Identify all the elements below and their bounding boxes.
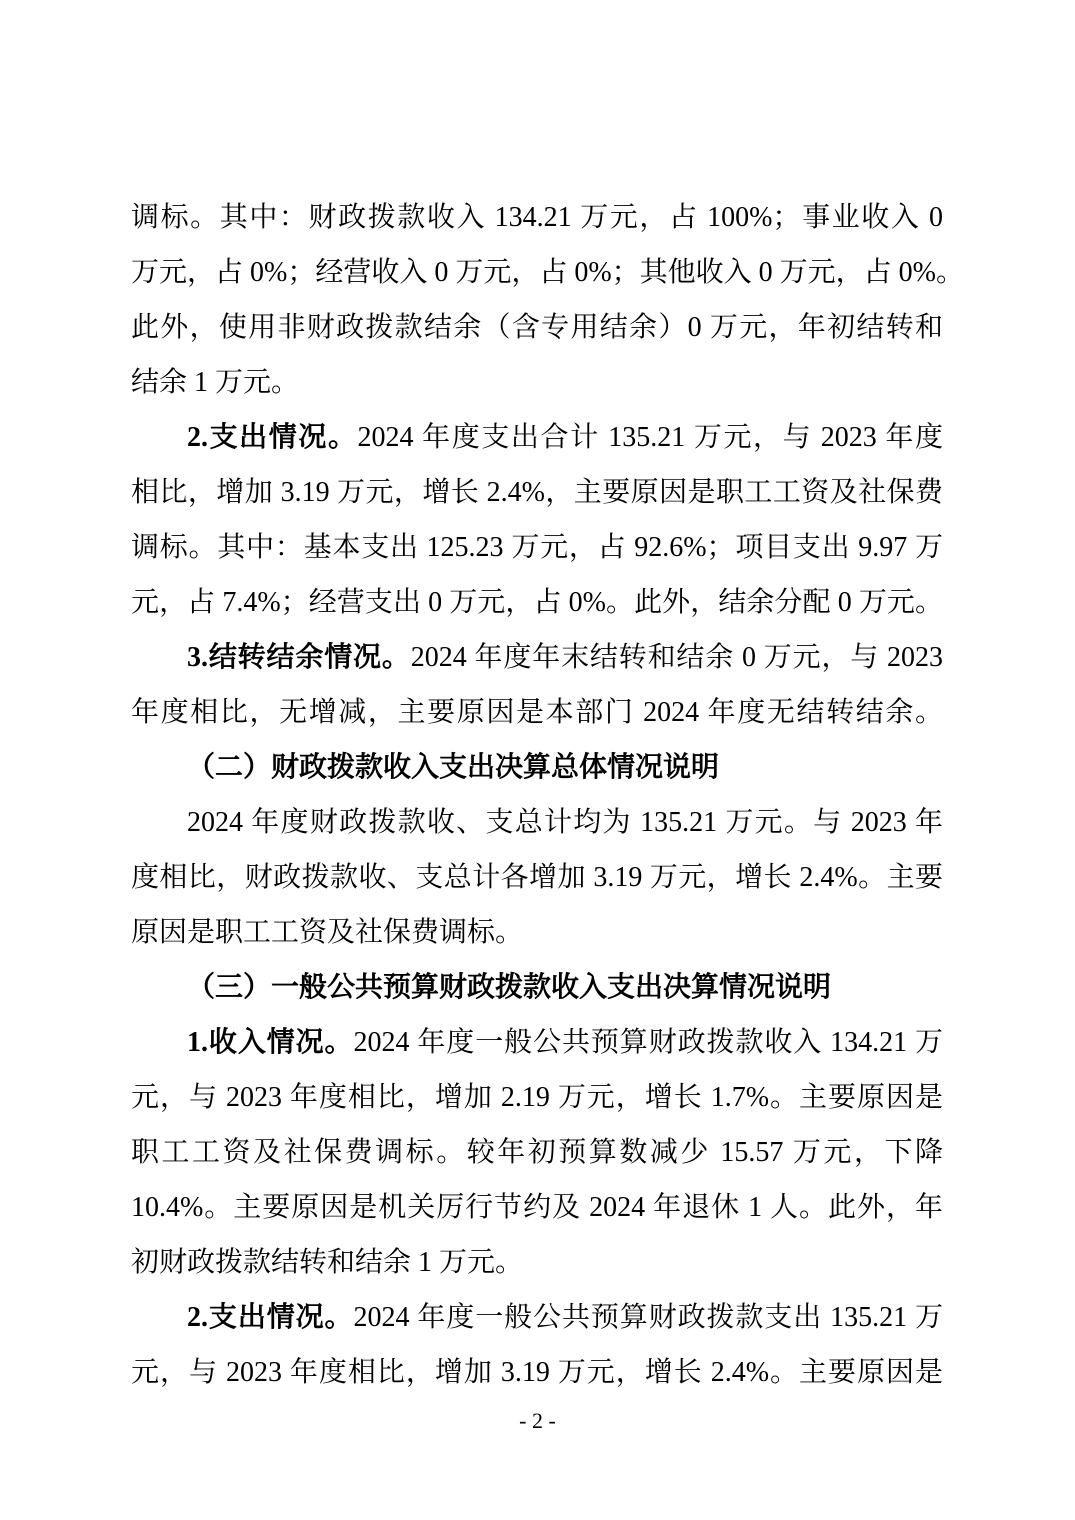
heading-text: （三）一般公共预算财政拨款收入支出决算情况说明 [187,972,831,1003]
line-text: 年度相比，无增减，主要原因是本部门 2024 年度无结转结余。 [131,697,943,728]
paragraph-line: 职工工资及社保费调标。较年初预算数减少 15.57 万元，下降 [131,1125,943,1180]
line-text: 调标。其中：基本支出 125.23 万元，占 92.6%；项目支出 9.97 万 [131,532,943,563]
heading-text: （二）财政拨款收入支出决算总体情况说明 [187,752,719,783]
paragraph-line: 原因是职工工资及社保费调标。 [131,905,943,960]
line-text: 10.4%。主要原因是机关厉行节约及 2024 年退休 1 人。此外，年 [131,1192,943,1223]
paragraph-line: 此外，使用非财政拨款结余（含专用结余）0 万元，年初结转和 [131,300,943,355]
paragraph-line: 度相比，财政拨款收、支总计各增加 3.19 万元，增长 2.4%。主要 [131,850,943,905]
line-text: 2024 年度一般公共预算财政拨款支出 135.21 万 [353,1302,943,1333]
section-heading-line: （二）财政拨款收入支出决算总体情况说明 [131,740,943,795]
paragraph-line: 元，与 2023 年度相比，增加 3.19 万元，增长 2.4%。主要原因是 [131,1345,943,1400]
line-text: 2024 年度年末结转和结余 0 万元，与 2023 [411,642,943,673]
document-page: 调标。其中：财政拨款收入 134.21 万元，占 100%；事业收入 0 万元，… [0,0,1075,1520]
paragraph-line: 2.支出情况。2024 年度支出合计 135.21 万元，与 2023 年度 [131,410,943,465]
paragraph-line: 万元，占 0%；经营收入 0 万元，占 0%；其他收入 0 万元，占 0%。 [131,245,943,300]
section-heading-line: （三）一般公共预算财政拨款收入支出决算情况说明 [131,960,943,1015]
line-text: 此外，使用非财政拨款结余（含专用结余）0 万元，年初结转和 [131,312,943,343]
paragraph-line: 调标。其中：财政拨款收入 134.21 万元，占 100%；事业收入 0 [131,190,943,245]
line-text: 度相比，财政拨款收、支总计各增加 3.19 万元，增长 2.4%。主要 [131,862,943,893]
paragraph-line: 元，与 2023 年度相比，增加 2.19 万元，增长 1.7%。主要原因是 [131,1070,943,1125]
line-text: 结余 1 万元。 [131,367,299,398]
bold-lead: 2.支出情况。 [187,422,358,453]
paragraph-line: 3.结转结余情况。2024 年度年末结转和结余 0 万元，与 2023 [131,630,943,685]
line-text: 2024 年度财政拨款收、支总计均为 135.21 万元。与 2023 年 [187,807,943,838]
line-text: 原因是职工工资及社保费调标。 [131,917,523,948]
line-text: 2024 年度支出合计 135.21 万元，与 2023 年度 [358,422,943,453]
paragraph-line: 初财政拨款结转和结余 1 万元。 [131,1235,943,1290]
paragraph-line: 元，占 7.4%；经营支出 0 万元，占 0%。此外，结余分配 0 万元。 [131,575,943,630]
bold-lead: 3.结转结余情况。 [187,642,411,673]
line-text: 万元，占 0%；经营收入 0 万元，占 0%；其他收入 0 万元，占 0%。 [131,257,964,288]
bold-lead: 2.支出情况。 [187,1302,353,1333]
paragraph-line: 结余 1 万元。 [131,355,943,410]
line-text: 初财政拨款结转和结余 1 万元。 [131,1247,523,1278]
paragraph-line: 2024 年度财政拨款收、支总计均为 135.21 万元。与 2023 年 [131,795,943,850]
line-text: 调标。其中：财政拨款收入 134.21 万元，占 100%；事业收入 0 [131,202,943,233]
paragraph-line: 相比，增加 3.19 万元，增长 2.4%，主要原因是职工工资及社保费 [131,465,943,520]
document-body: 调标。其中：财政拨款收入 134.21 万元，占 100%；事业收入 0 万元，… [131,190,943,1400]
bold-lead: 1.收入情况。 [187,1027,353,1058]
line-text: 职工工资及社保费调标。较年初预算数减少 15.57 万元，下降 [131,1137,943,1168]
paragraph-line: 年度相比，无增减，主要原因是本部门 2024 年度无结转结余。 [131,685,943,740]
paragraph-line: 10.4%。主要原因是机关厉行节约及 2024 年退休 1 人。此外，年 [131,1180,943,1235]
line-text: 2024 年度一般公共预算财政拨款收入 134.21 万 [353,1027,943,1058]
paragraph-line: 2.支出情况。2024 年度一般公共预算财政拨款支出 135.21 万 [131,1290,943,1345]
line-text: 元，与 2023 年度相比，增加 2.19 万元，增长 1.7%。主要原因是 [131,1082,943,1113]
paragraph-line: 调标。其中：基本支出 125.23 万元，占 92.6%；项目支出 9.97 万 [131,520,943,575]
line-text: 元，与 2023 年度相比，增加 3.19 万元，增长 2.4%。主要原因是 [131,1357,943,1388]
paragraph-line: 1.收入情况。2024 年度一般公共预算财政拨款收入 134.21 万 [131,1015,943,1070]
line-text: 相比，增加 3.19 万元，增长 2.4%，主要原因是职工工资及社保费 [131,477,943,508]
page-number: - 2 - [0,1406,1075,1436]
line-text: 元，占 7.4%；经营支出 0 万元，占 0%。此外，结余分配 0 万元。 [131,587,943,618]
